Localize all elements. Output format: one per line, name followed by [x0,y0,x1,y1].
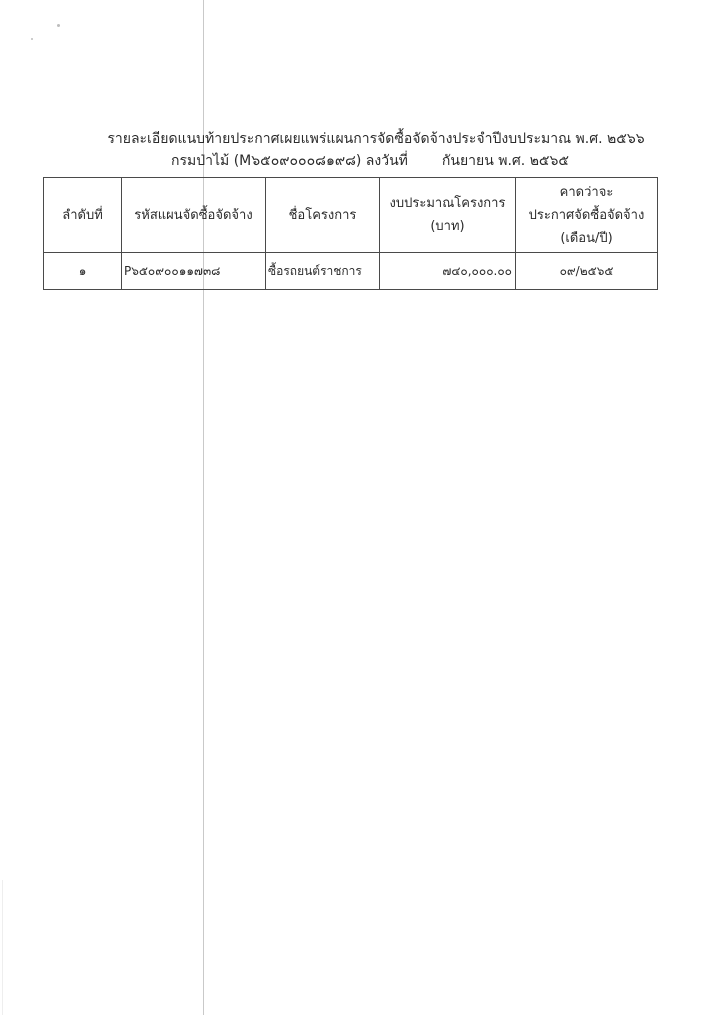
scan-speck [31,38,33,40]
header-project-name: ชื่อโครงการ [266,178,380,253]
header-expected-announcement: คาดว่าจะ ประกาศจัดซื้อจัดจ้าง (เดือน/ปี) [516,178,658,253]
cell-order: ๑ [44,253,122,290]
cell-plan-code: P๖๕๐๙๐๐๑๑๗๓๘ [122,253,266,290]
scan-artifact-edge [2,880,3,1015]
cell-budget: ๗๔๐,๐๐๐.๐๐ [380,253,516,290]
subtitle-month-year: กันยายน พ.ศ. ๒๕๖๕ [442,153,569,169]
table-row: ๑ P๖๕๐๙๐๐๑๑๗๓๘ ซื้อรถยนต์ราชการ ๗๔๐,๐๐๐.… [44,253,658,290]
header-budget: งบประมาณโครงการ (บาท) [380,178,516,253]
header-expected-line3: (เดือน/ปี) [520,227,653,250]
document-subtitle: กรมป่าไม้ (M๖๕๐๙๐๐๐๘๑๙๘) ลงวันที่กันยายน… [8,150,724,172]
header-expected-line1: คาดว่าจะ [520,181,653,204]
cell-expected-date: ๐๙/๒๕๖๕ [516,253,658,290]
header-budget-unit: (บาท) [384,215,511,238]
header-plan-code: รหัสแผนจัดซื้อจัดจ้าง [122,178,266,253]
header-expected-line2: ประกาศจัดซื้อจัดจ้าง [520,204,653,227]
procurement-plan-table: ลำดับที่ รหัสแผนจัดซื้อจัดจ้าง ชื่อโครงก… [43,177,658,290]
subtitle-agency-reference: กรมป่าไม้ (M๖๕๐๙๐๐๐๘๑๙๘) ลงวันที่ [171,153,408,169]
table-header-row: ลำดับที่ รหัสแผนจัดซื้อจัดจ้าง ชื่อโครงก… [44,178,658,253]
header-budget-label: งบประมาณโครงการ [384,192,511,215]
document-title: รายละเอียดแนบท้ายประกาศเผยแพร่แผนการจัดซ… [14,128,724,150]
header-order: ลำดับที่ [44,178,122,253]
scan-speck [57,24,60,27]
cell-project-name: ซื้อรถยนต์ราชการ [266,253,380,290]
